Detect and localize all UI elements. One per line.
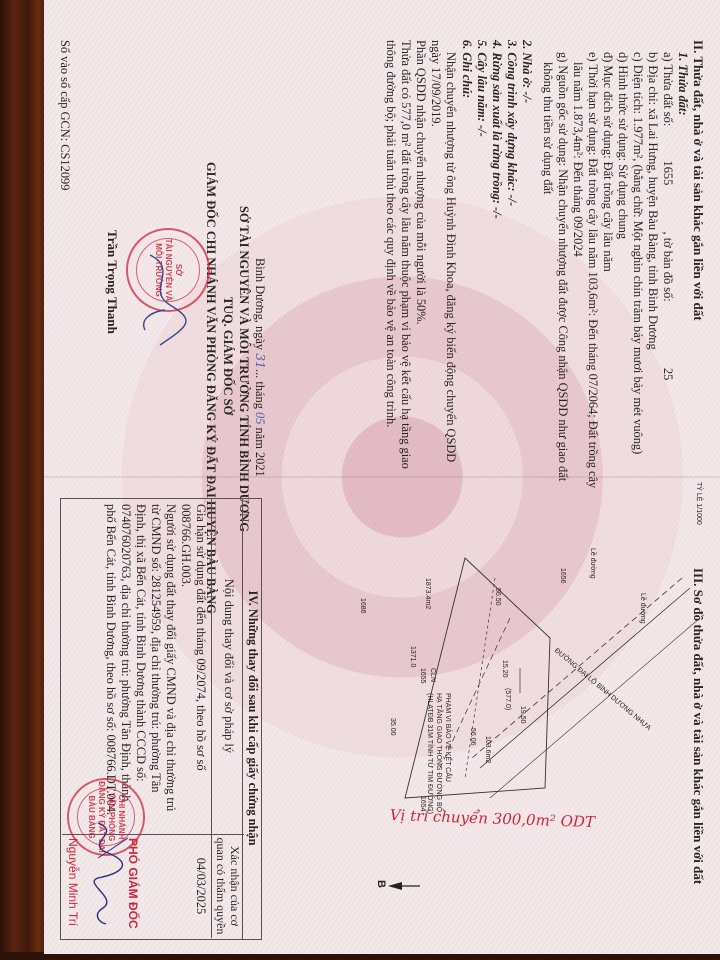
signing-month: 05 [253,412,267,424]
note-line-5: thông đường bộ; phải tuân thủ theo các q… [383,40,398,427]
change-entry-line-3: Người sử dụng đất thay đổi giấy CMND và … [163,504,178,811]
change-entry-line-5: Định, thị xã Bến Cát, tỉnh Bình Dương th… [133,504,148,782]
note-line-4: Thửa đất có 577,0 m² đất trồng cây lâu n… [398,40,413,469]
change-entry-line-7: phố Bến Cát, tỉnh Bình Dương, theo hồ sơ… [103,504,118,815]
edge-length-2: 19.50 [515,706,530,724]
section-ii-title: II. Thửa đất, nhà ở và tài sản khác gắn … [691,40,706,321]
notes-heading: 6. Ghi chú: [459,40,474,98]
signing-org: SỞ TÀI NGUYÊN VÀ MÔI TRƯỜNG TỈNH BÌNH DƯ… [236,206,251,506]
map-label: , tờ bản đồ số: [661,232,675,302]
area-small: 103.6m2 [480,736,495,763]
usage-origin-line-2: không thu tiền sử dụng đất [540,62,555,194]
signing-day: 31 [253,353,268,369]
road-edge-label-2: Lề đường [635,593,650,624]
neighbor-1686: 1686 [355,598,370,614]
signing-proxy: TUQ. GIÁM ĐỐC SỞ [220,206,235,506]
edge-length-5: 56.06 [465,728,480,746]
note-line-2: ngày 17/09/2019. [428,40,443,127]
note-line-1: Nhận chuyển nhượng từ ông Huỳnh Đình Kho… [443,52,458,462]
col-header-content: Nội dung thay đổi và cơ sở pháp lý [221,498,236,834]
other-construction-line: 3. Công trình xây dựng khác: -/- [504,40,519,206]
area-subtotal: 1371.0 [405,646,420,667]
neighbor-1656: 1656 [555,568,570,584]
change-entry-line-2: 008766.GH.003. [178,504,193,587]
change-entry-line-1: Gia hạn sử dụng đất đến tháng 09/2074, t… [193,504,208,771]
area-protected: (577.0) [500,688,515,710]
confirm-date: 04/03/2025 [193,834,208,938]
usage-term-line-2: lâu năm 1.873,4m²: Đến tháng 09/2024 [570,62,585,257]
usage-origin-line-1: g) Nguồn gốc sử dụng: Nhận chuyển nhượng… [555,52,570,481]
col-header-confirm: Xác nhận của cơ quan có thẩm quyền [214,834,242,938]
register-number: Số vào sổ cấp GCN: CS12099 [57,40,72,190]
edge-length-3: 56.50 [490,588,505,606]
signing-year: 2021 [253,452,267,477]
parcel-label: a) Thửa đất số: [661,52,675,126]
house-line: 2. Nhà ở: -/- [519,40,534,103]
perennial-trees-line: 5. Cây lâu năm: -/- [474,40,489,137]
land-heading: 1. Thửa đất: [675,52,690,116]
land-certificate-sheet: II. Thửa đất, nhà ở và tài sản khác gắn … [44,0,720,954]
confirm-signer: Nguyễn Minh Trí [65,838,80,926]
note-line-3: Phần QSDD nhận chuyển nhượng của mỗi ngư… [413,40,428,325]
signature-tran-trong-thanh [130,250,200,360]
parcel-number: 1655 [661,161,675,186]
edge-length-1: 15.20 [497,660,512,678]
section-ii-panel: II. Thửa đất, nhà ở và tài sản khác gắn … [44,0,720,476]
signer-name: Trần Trọng Thanh [105,230,120,334]
land-code-label: CLN [425,668,440,682]
area-line: c) Diện tích: 1.977m², (bằng chữ: Một ng… [630,52,645,454]
edge-length-4: 35.00 [385,718,400,736]
section-iii-iv-panel: III. Sơ đồ thửa đất, nhà ở và tài sản kh… [44,478,720,954]
map-number: 25 [661,368,675,380]
area-main: 1873.4m2 [420,578,435,609]
address-line: b) Địa chỉ: xã Lai Hưng, huyện Bàu Bàng,… [645,52,660,350]
north-symbol: B [373,880,388,888]
usage-form-line: d) Hình thức sử dụng: Sử dụng chung [615,52,630,239]
road-edge-label-1: Lề đường [585,548,600,579]
usage-term-line-1: e) Thời hạn sử dụng: Đất trồng cây lâu n… [585,52,600,488]
change-entry-line-6: 074076020763, địa chỉ thường trú: phường… [118,504,133,802]
changes-table-header-divider [211,498,212,938]
signature-nguyen-minh-tri [78,818,128,928]
production-forest-line: 4. Rừng sản xuất là rừng trồng: -/- [489,40,504,219]
usage-purpose-line: đ) Mục đích sử dụng: Đất trồng cây lâu n… [600,52,615,272]
signing-date: Bình Dương, ngày 31... tháng 05 năm 2021 [252,258,268,477]
section-iv-title: IV. Những thay đổi sau khi cấp giấy chứn… [245,498,260,938]
change-entry-line-4: từ CMND số: 281254959, địa chỉ thường tr… [148,504,163,792]
parcel-row: a) Thửa đất số: 1655 , tờ bản đồ số: 25 [660,52,675,380]
